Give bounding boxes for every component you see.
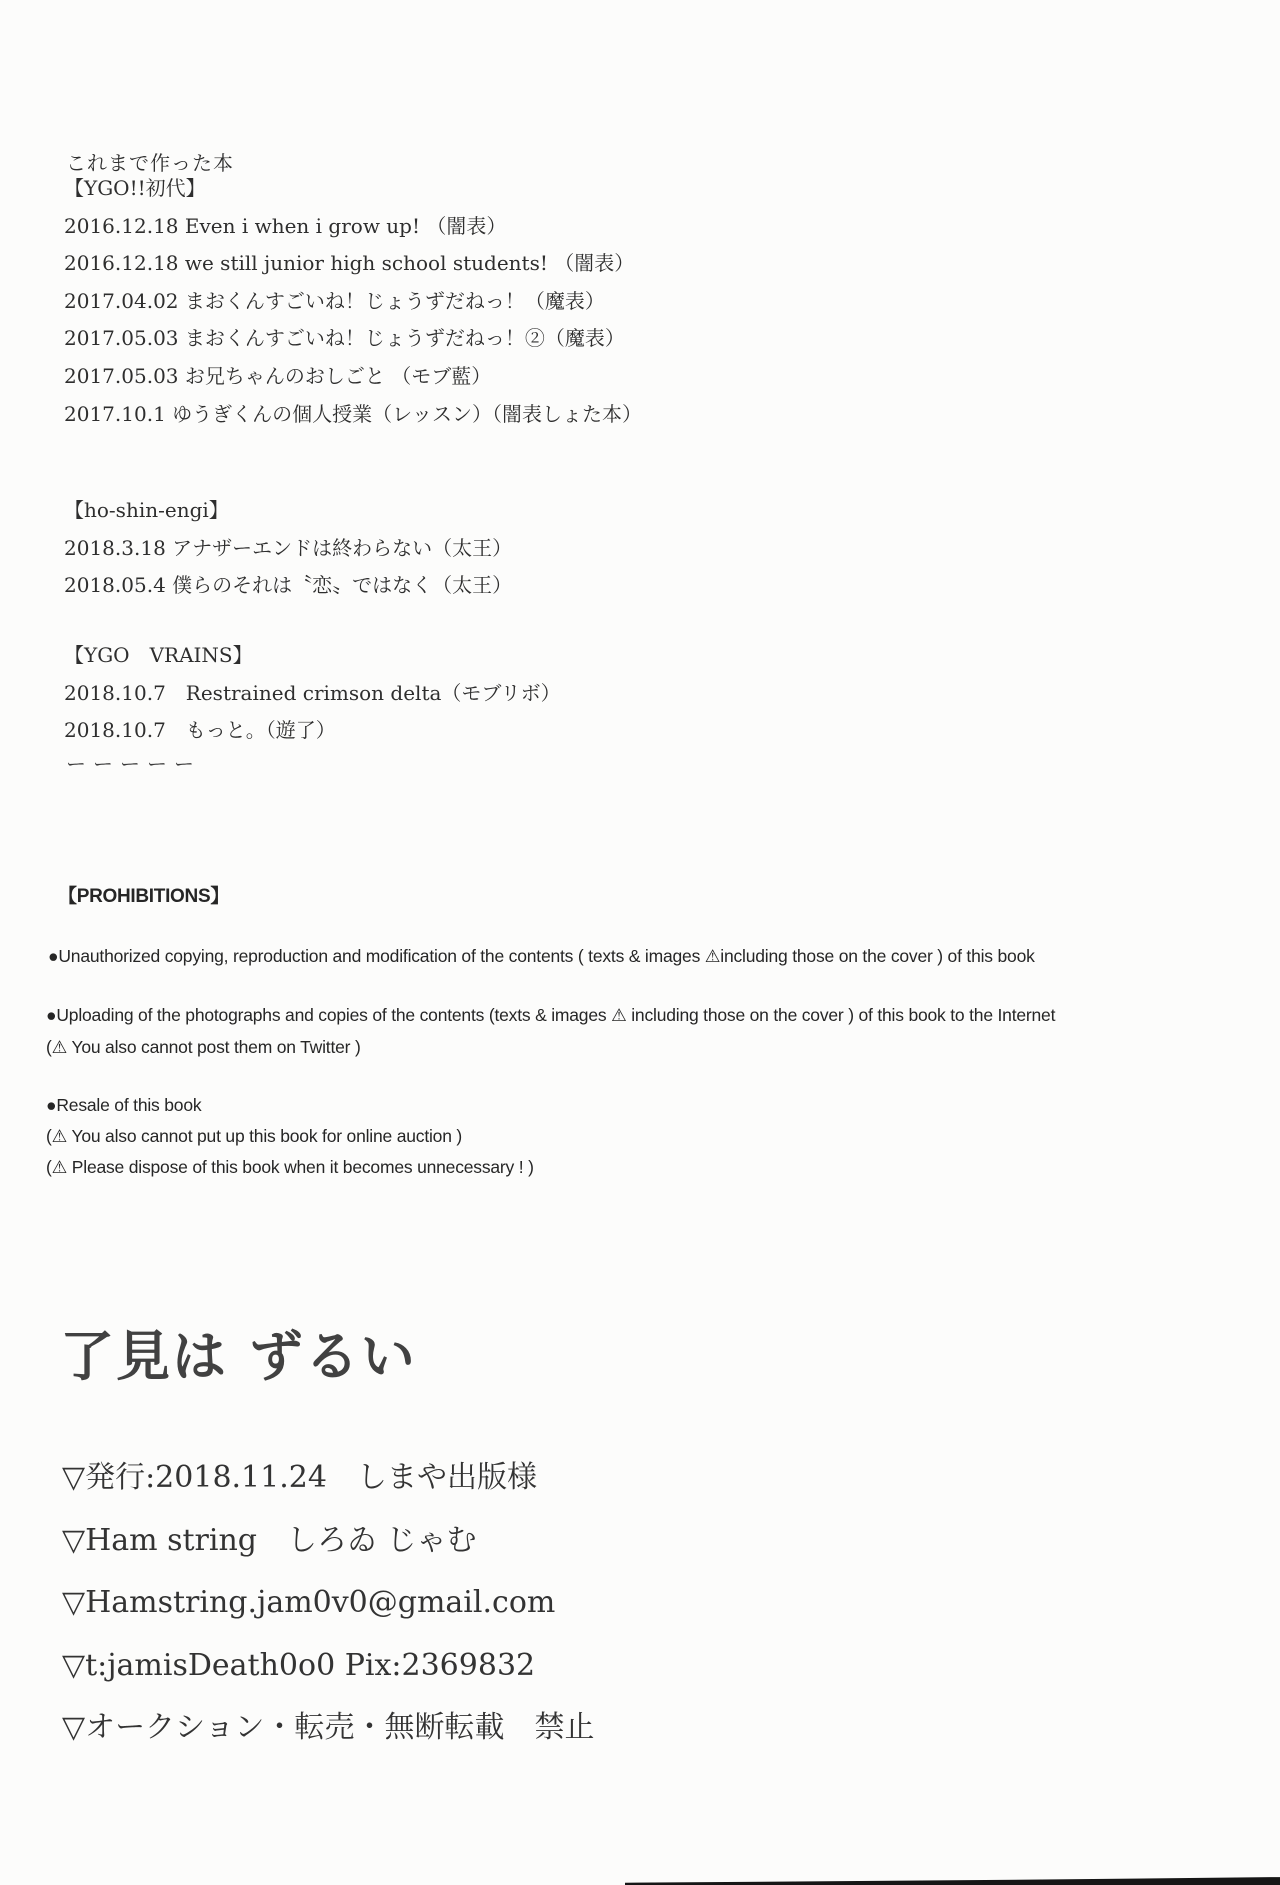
colophon-email-line: ▽Hamstring.jam0v0@gmail.com (62, 1572, 594, 1635)
book-list-item: 2018.10.7 Restrained crimson delta（モブリボ） (64, 675, 561, 713)
book-list-item: 2017.05.03 お兄ちゃんのおしごと （モブ藍） (64, 358, 642, 396)
prohibition-line: ●Resale of this book (46, 1090, 534, 1121)
book-list-item: 2018.10.7 もっと。（遊了） (64, 712, 561, 750)
prohibition-item-resale: ●Resale of this book (⚠ You also cannot … (46, 1090, 534, 1183)
book-list-item: 2017.04.02 まおくんすごいね！じょうずだねっ！（魔表） (64, 283, 642, 321)
prohibition-item-uploading: ●Uploading of the photographs and copies… (46, 999, 1055, 1063)
book-list-item: 2016.12.18 we still junior high school s… (64, 245, 642, 283)
colophon: ▽発行:2018.11.24 しまや出版様 ▽Ham string しろゐ じゃ… (62, 1447, 594, 1760)
book-list-item: 2018.05.4 僕らのそれは〝恋〟ではなく（太王） (64, 567, 512, 605)
prohibitions-heading: 【PROHIBITIONS】 (58, 881, 229, 908)
section-title: 【YGO!!初代】 (64, 170, 642, 208)
prohibition-line: (⚠ You also cannot post them on Twitter … (46, 1031, 1055, 1063)
book-list-item: 2017.05.03 まおくんすごいね！じょうずだねっ！②（魔表） (64, 320, 642, 358)
book-section-ygo-vrains: 【YGO VRAINS】 2018.10.7 Restrained crimso… (64, 637, 561, 750)
book-section-hoshin-engi: 【ho-shin-engi】 2018.3.18 アナザーエンドは終わらない（太… (64, 492, 512, 605)
book-section-ygo-shodai: 【YGO!!初代】 2016.12.18 Even i when i grow … (64, 170, 642, 433)
book-list-item: 2016.12.18 Even i when i grow up! （闇表） (64, 208, 642, 246)
book-list-item: 2017.10.1 ゆうぎくんの個人授業（レッスン）（闇表しょた本） (64, 396, 642, 434)
scan-edge-artifact (625, 1876, 1280, 1885)
prohibition-line: (⚠ Please dispose of this book when it b… (46, 1152, 534, 1183)
prohibition-line: ●Uploading of the photographs and copies… (46, 999, 1055, 1031)
colophon-publication-line: ▽発行:2018.11.24 しまや出版様 (62, 1447, 594, 1510)
colophon-social-line: ▽t:jamisDeath0o0 Pix:2369832 (62, 1635, 594, 1698)
book-list-item: 2018.3.18 アナザーエンドは終わらない（太王） (64, 530, 512, 568)
prohibition-item-copying: ●Unauthorized copying, reproduction and … (48, 946, 1035, 967)
divider-dashes: ーーーーー (66, 748, 201, 777)
colophon-circle-line: ▽Ham string しろゐ じゃむ (62, 1510, 594, 1573)
scanned-colophon-page: これまで作った本 【YGO!!初代】 2016.12.18 Even i whe… (0, 0, 1280, 1885)
section-title: 【YGO VRAINS】 (64, 637, 561, 675)
section-title: 【ho-shin-engi】 (64, 492, 512, 530)
book-title: 了見は ずるい (60, 1320, 417, 1394)
colophon-no-resale-line: ▽オークション・転売・無断転載 禁止 (62, 1697, 594, 1760)
prohibition-line: (⚠ You also cannot put up this book for … (46, 1121, 534, 1152)
